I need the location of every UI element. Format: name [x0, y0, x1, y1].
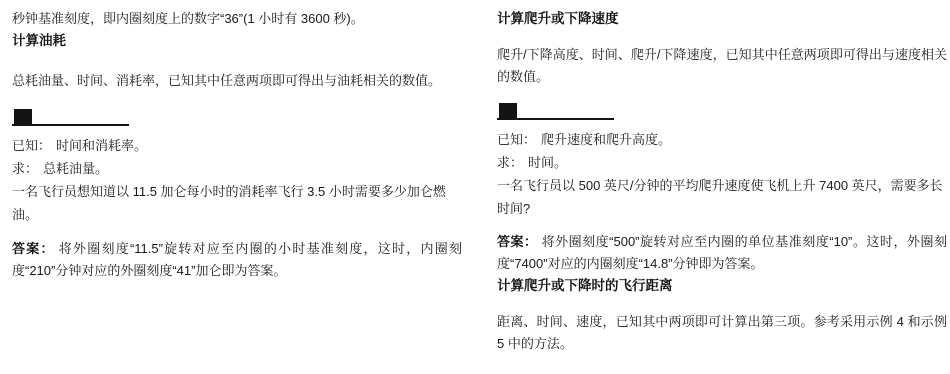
- right-column: 计算爬升或下降速度 爬升/下降高度、时间、爬升/下降速度，已知其中任意两项即可得…: [497, 8, 947, 355]
- section-heading-fuel: 计算油耗: [12, 30, 462, 52]
- find-line: 求：总耗油量。: [12, 157, 462, 180]
- answer-paragraph: 答案：将外圈刻度“500”旋转对应至内圈的单位基准刻度“10”。这时，外圈刻度“…: [497, 231, 947, 275]
- section-description-fuel: 总耗油量、时间、消耗率，已知其中任意两项即可得出与油耗相关的数值。: [12, 70, 462, 92]
- answer-label: 答案：: [497, 234, 538, 249]
- find-label: 求：: [12, 161, 38, 176]
- find-text: 时间。: [528, 155, 567, 170]
- known-label: 已知：: [497, 132, 536, 147]
- intro-paragraph: 秒钟基准刻度，即内圈刻度上的数字“36”(1 小时有 3600 秒)。: [12, 8, 462, 30]
- find-line: 求：时间。: [497, 151, 947, 174]
- left-column: 秒钟基准刻度，即内圈刻度上的数字“36”(1 小时有 3600 秒)。 计算油耗…: [12, 8, 462, 282]
- known-text: 时间和消耗率。: [56, 138, 147, 153]
- known-line: 已知：时间和消耗率。: [12, 134, 462, 157]
- answer-paragraph: 答案：将外圈刻度“11.5”旋转对应至内圈的小时基准刻度，这时，内圈刻度“210…: [12, 238, 462, 282]
- answer-label: 答案：: [12, 241, 55, 256]
- example-marker: [12, 108, 129, 126]
- known-label: 已知：: [12, 138, 51, 153]
- example-square-icon: [499, 103, 517, 118]
- answer-text: 将外圈刻度“500”旋转对应至内圈的单位基准刻度“10”。这时，外圈刻度“740…: [497, 234, 947, 271]
- answer-text: 将外圈刻度“11.5”旋转对应至内圈的小时基准刻度，这时，内圈刻度“210”分钟…: [12, 241, 462, 278]
- section-description-climb-distance: 距离、时间、速度，已知其中两项即可计算出第三项。参考采用示例 4 和示例 5 中…: [497, 311, 947, 355]
- section-heading-climb-rate: 计算爬升或下降速度: [497, 8, 947, 30]
- find-label: 求：: [497, 155, 523, 170]
- section-description-climb-rate: 爬升/下降高度、时间、爬升/下降速度，已知其中任意两项即可得出与速度相关的数值。: [497, 44, 947, 88]
- section-heading-climb-distance: 计算爬升或下降时的飞行距离: [497, 275, 947, 297]
- known-line: 已知：爬升速度和爬升高度。: [497, 128, 947, 151]
- known-text: 爬升速度和爬升高度。: [541, 132, 671, 147]
- find-text: 总耗油量。: [43, 161, 108, 176]
- example-marker: [497, 102, 614, 120]
- example-square-icon: [14, 109, 32, 124]
- problem-statement: 一名飞行员以 500 英尺/分钟的平均爬升速度使飞机上升 7400 英尺，需要多…: [497, 174, 947, 220]
- problem-statement: 一名飞行员想知道以 11.5 加仑每小时的消耗率飞行 3.5 小时需要多少加仑燃…: [12, 180, 462, 226]
